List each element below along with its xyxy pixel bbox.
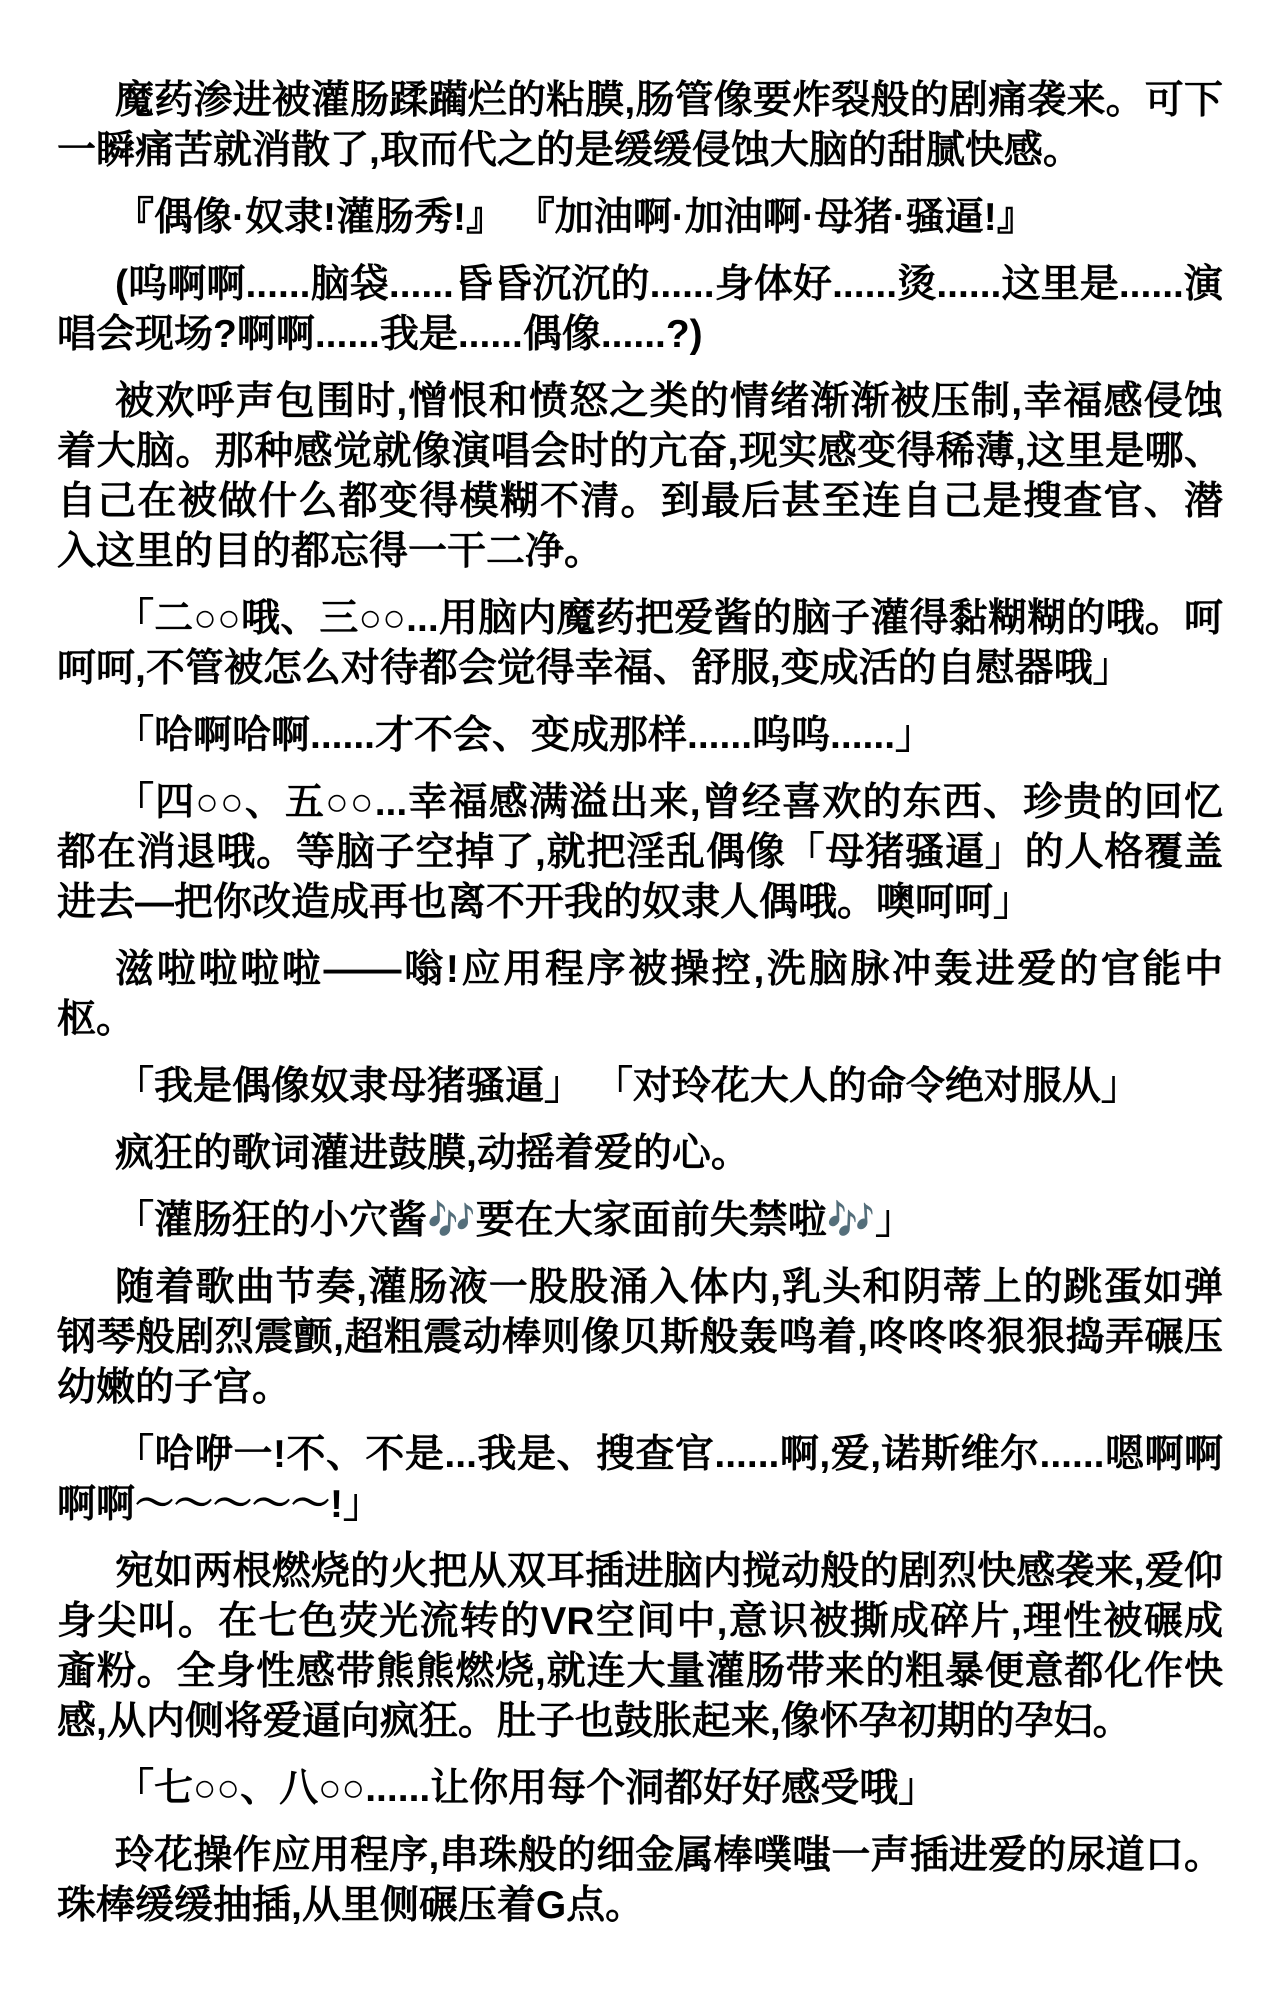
- paragraph: 魔药渗进被灌肠蹂躏烂的粘膜,肠管像要炸裂般的剧痛袭来。可下一瞬痛苦就消散了,取而…: [57, 76, 1223, 176]
- paragraph: 玲花操作应用程序,串珠般的细金属棒噗嗤一声插进爱的尿道口。珠棒缓缓抽插,从里侧碾…: [57, 1831, 1223, 1931]
- paragraph: 「灌肠狂的小穴酱🎶要在大家面前失禁啦🎶」: [57, 1196, 1223, 1246]
- paragraph: 「七○○、八○○......让你用每个洞都好好感受哦」: [57, 1764, 1223, 1814]
- paragraph: 「哈啊哈啊......才不会、变成那样......呜呜......」: [57, 711, 1223, 761]
- document-page: 魔药渗进被灌肠蹂躏烂的粘膜,肠管像要炸裂般的剧痛袭来。可下一瞬痛苦就消散了,取而…: [0, 0, 1280, 1991]
- paragraph: 被欢呼声包围时,憎恨和愤怒之类的情绪渐渐被压制,幸福感侵蚀着大脑。那种感觉就像演…: [57, 377, 1223, 577]
- text-column: 魔药渗进被灌肠蹂躏烂的粘膜,肠管像要炸裂般的剧痛袭来。可下一瞬痛苦就消散了,取而…: [57, 76, 1223, 1931]
- paragraph: 「我是偶像奴隶母猪骚逼」 「对玲花大人的命令绝对服从」: [57, 1062, 1223, 1112]
- music-note-icon: 🎶: [427, 1199, 476, 1242]
- paragraph: 「哈咿一!不、不是...我是、搜查官......啊,爱,诺斯维尔......嗯啊…: [57, 1430, 1223, 1530]
- paragraph: 随着歌曲节奏,灌肠液一股股涌入体内,乳头和阴蒂上的跳蛋如弹钢琴般剧烈震颤,超粗震…: [57, 1263, 1223, 1413]
- paragraph: 『偶像·奴隶!灌肠秀!』 『加油啊·加油啊·母猪·骚逼!』: [57, 193, 1223, 243]
- music-note-icon: 🎶: [827, 1199, 876, 1242]
- paragraph: 疯狂的歌词灌进鼓膜,动摇着爱的心。: [57, 1129, 1223, 1179]
- paragraph: 「四○○、五○○...幸福感满溢出来,曾经喜欢的东西、珍贵的回忆都在消退哦。等脑…: [57, 778, 1223, 928]
- paragraph: 「二○○哦、三○○...用脑内魔药把爱酱的脑子灌得黏糊糊的哦。呵呵呵,不管被怎么…: [57, 594, 1223, 694]
- paragraph: 滋啦啦啦啦——嗡!应用程序被操控,洗脑脉冲轰进爱的官能中枢。: [57, 945, 1223, 1045]
- paragraph: 宛如两根燃烧的火把从双耳插进脑内搅动般的剧烈快感袭来,爱仰身尖叫。在七色荧光流转…: [57, 1547, 1223, 1747]
- paragraph: (呜啊啊......脑袋......昏昏沉沉的......身体好......烫.…: [57, 260, 1223, 360]
